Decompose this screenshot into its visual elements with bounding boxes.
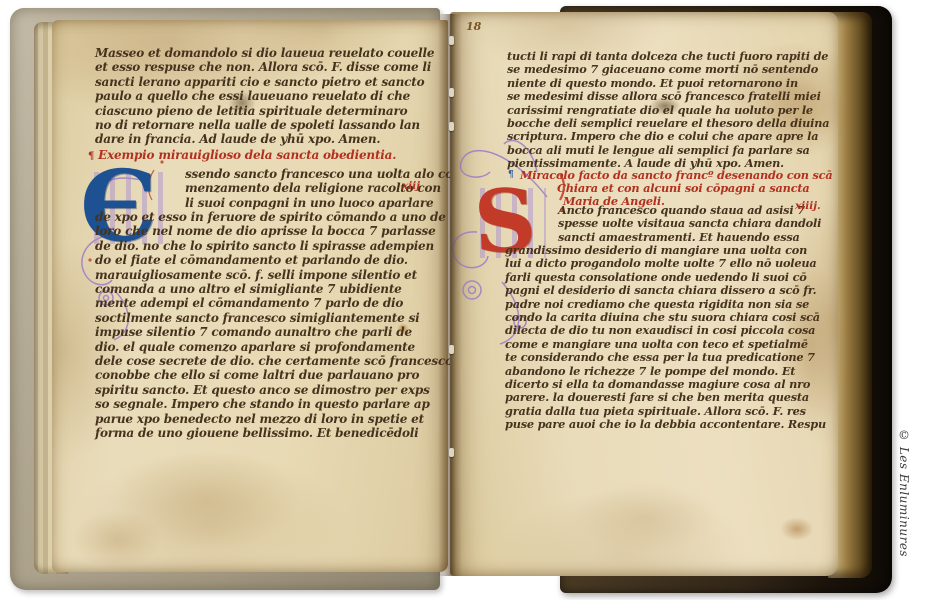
manuscript-text-line: farli questa consolatione onde uedendo l… <box>505 271 826 284</box>
rubric-line: Miracolo facto da sancto francº desenand… <box>520 168 832 182</box>
left-chapter-number: xiij <box>402 180 420 192</box>
manuscript-text-line: sancti lerano appariti cio e sancto piet… <box>95 75 434 89</box>
sewing-thread <box>449 448 454 457</box>
sewing-thread <box>449 36 454 45</box>
left-rubric: ¶ Exempio mirauiglioso dela sancta obedi… <box>88 148 396 162</box>
manuscript-text-line: grandissimo desiderio di mangiare una uo… <box>505 244 826 257</box>
manuscript-text-line: dare in francia. Ad laude de yhū xpo. Am… <box>95 132 434 146</box>
sewing-thread <box>449 122 454 131</box>
manuscript-text-line: dilecta de dio tu non exaudisci in cosi … <box>505 324 826 337</box>
sewing-thread <box>449 345 454 354</box>
manuscript-text-line: gratia dalla tua pieta spirituale. Allor… <box>505 405 826 418</box>
manuscript-text-line: marauigliosamente scō. f. selli impone s… <box>95 268 453 282</box>
manuscript-text-line: dicerto si ella ta domandasse magiure co… <box>505 378 826 391</box>
manuscript-text-line: Masseo et domandolo si dio laueua reuela… <box>95 46 434 60</box>
right-initial-paragraph-head: Ancto francesco quando staua ad asisi 7s… <box>558 204 821 244</box>
manuscript-text-line: comanda a uno altro el simigliante 7 ubi… <box>95 282 453 296</box>
manuscript-photograph: Є Masseo et domandolo si dio laueua reue… <box>0 0 927 600</box>
manuscript-text-line: puse pare auoi che io la debbia acconten… <box>505 418 826 431</box>
manuscript-text-line: li suoi conpagni in uno luoco aparlare <box>185 196 453 210</box>
manuscript-text-line: soctilmente sancto francesco simigliante… <box>95 311 453 325</box>
manuscript-text-line: paulo a quello che essi laueuano reuelat… <box>95 89 434 103</box>
manuscript-text-line: de dio. no che lo spirito sancto li spir… <box>95 239 453 253</box>
parchment-stain <box>112 450 302 550</box>
manuscript-text-line: condo la carita diuina che stu suora chi… <box>505 311 826 324</box>
manuscript-text-line: forma de uno giouene bellissimo. Et bene… <box>95 426 453 440</box>
parchment-stain <box>72 510 162 570</box>
manuscript-text-line: dio. el quale comenzo aparlare si profon… <box>95 340 453 354</box>
manuscript-text-line: dele cose secrete de dio. che certamente… <box>95 354 453 368</box>
manuscript-text-line: et esso respuse che non. Allora scō. F. … <box>95 60 434 74</box>
manuscript-text-line: lui a dicto progandolo molte uolte 7 ell… <box>505 257 826 270</box>
manuscript-text-line: come e mangiare una uolta con teco et sp… <box>505 338 826 351</box>
manuscript-text-line: Ancto francesco quando staua ad asisi 7 <box>558 204 821 217</box>
manuscript-text-line: te considerando che essa per la tua pred… <box>505 351 826 364</box>
left-opening-paragraph: Masseo et domandolo si dio laueua reuela… <box>95 46 434 147</box>
left-page: Є Masseo et domandolo si dio laueua reue… <box>52 20 448 572</box>
manuscript-text-line: padre noi crediamo che questa rigidita n… <box>505 298 826 311</box>
manuscript-text-line: conobbe che ello si come laltri due parl… <box>95 368 453 382</box>
manuscript-text-line: abandono le richezze 7 le pompe del mond… <box>505 365 826 378</box>
manuscript-text-line: spesse uolte visitaua sancta chiara dand… <box>558 217 821 230</box>
rubric-text: Exempio mirauiglioso dela sancta obedien… <box>98 148 396 162</box>
manuscript-text-line: de xpo et esso in feruore de spirito cōm… <box>95 210 453 224</box>
book-gutter <box>438 14 462 576</box>
copyright-credit: © Les Enluminures <box>897 428 911 596</box>
manuscript-text-line: spiritu sancto. Et questo anco se dimost… <box>95 383 453 397</box>
manuscript-text-line: parue xpo benedecto nel mezzo di loro in… <box>95 412 453 426</box>
right-body-paragraph: grandissimo desiderio di mangiare una uo… <box>505 244 826 432</box>
right-page: 18 S tucti li rapi di tanta dolceza che … <box>450 12 838 576</box>
left-body-paragraph: de xpo et esso in feruore de spirito cōm… <box>95 210 453 441</box>
right-chapter-number: xiiij. <box>795 200 821 212</box>
manuscript-text-line: loro che nel nome de dio aprisse la bocc… <box>95 224 453 238</box>
manuscript-text-line: so segnale. Impero che stando in questo … <box>95 397 453 411</box>
manuscript-text-line: no di retornare nella ualle de spoleti l… <box>95 118 434 132</box>
paragraph-mark-icon: ¶ <box>508 170 514 180</box>
manuscript-text-line: pagni el desiderio di sancta chiara diss… <box>505 284 826 297</box>
manuscript-text-line: mente adempi el cōmandamento 7 parlo de … <box>95 296 453 310</box>
manuscript-text-line: do el fiate el cōmandamento et parlando … <box>95 253 453 267</box>
manuscript-text-line: impuse silentio 7 comando aunaltro che p… <box>95 325 453 339</box>
rubric-line: Chiara et con alcuni soi cōpagni a sanct… <box>557 181 810 195</box>
manuscript-text-line: parere. la doueresti fare si che ben mer… <box>505 391 826 404</box>
sewing-thread <box>449 88 454 97</box>
paragraph-mark-icon: ¶ <box>88 151 94 162</box>
manuscript-text-line: ciascuno pieno de letitia spirituale det… <box>95 104 434 118</box>
